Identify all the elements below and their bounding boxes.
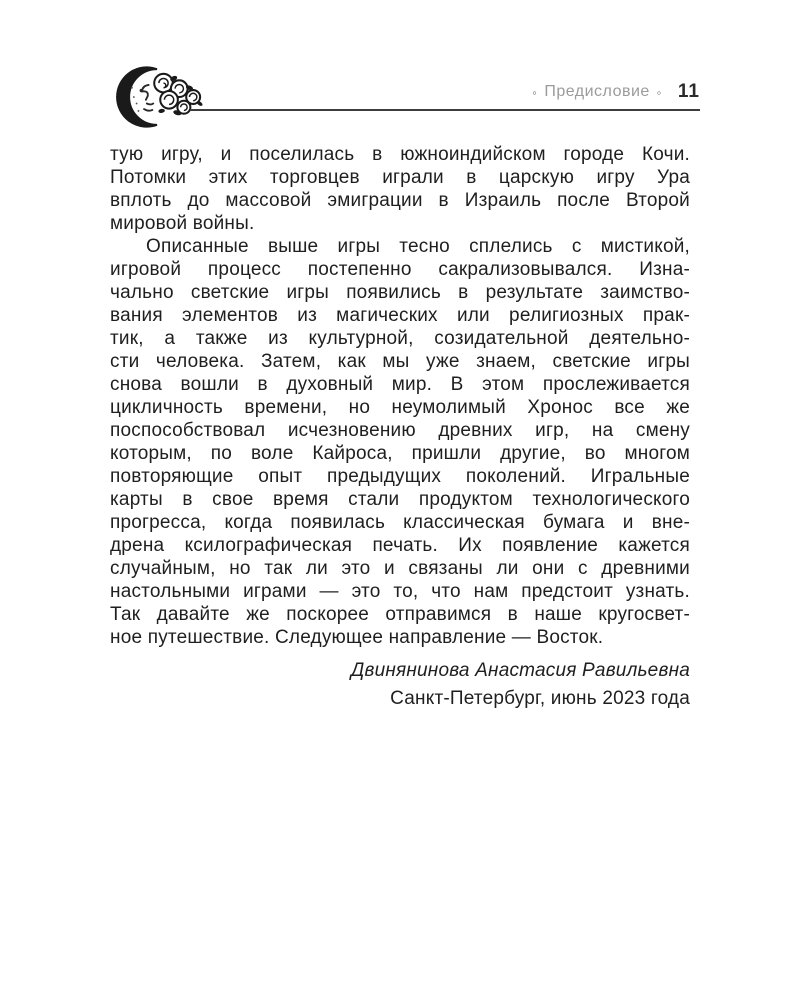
text-line: Так давайте же поскорее отправимся в наш… bbox=[110, 603, 690, 626]
author-name: Двинянинова Анастасия Равильевна bbox=[351, 657, 690, 685]
text-line: вплоть до массовой эмиграции в Израиль п… bbox=[110, 189, 690, 212]
text-line: игровой процесс постепенно сакрализовыва… bbox=[110, 258, 690, 281]
page-number: 11 bbox=[678, 81, 700, 103]
text-line: поспособствовал исчезновению древних игр… bbox=[110, 419, 690, 442]
moon-face-with-roses-ornament-icon bbox=[106, 64, 208, 130]
text-line: карты в свое время стали продуктом техно… bbox=[110, 488, 690, 511]
book-page: ◦ Предисловие ◦ 11 тую игру, и поселилас… bbox=[0, 0, 800, 1000]
section-title: Предисловие bbox=[544, 83, 649, 101]
text-line: случайным, но так ли это и связаны ли он… bbox=[110, 557, 690, 580]
text-line: настольными играми — это то, что нам пре… bbox=[110, 580, 690, 603]
text-line: повторяющие опыт предыдущих поколений. И… bbox=[110, 465, 690, 488]
text-line: вания элементов из магических или религи… bbox=[110, 304, 690, 327]
header-rule bbox=[190, 109, 700, 111]
text-line: которым, по воле Кайроса, пришли другие,… bbox=[110, 442, 690, 465]
body-text: тую игру, и поселилась в южноиндийском г… bbox=[110, 143, 690, 649]
section-marker-left: ◦ bbox=[532, 86, 537, 99]
text-line: снова вошли в духовный мир. В этом просл… bbox=[110, 373, 690, 396]
text-line: цикличность времени, но неумолимый Хроно… bbox=[110, 396, 690, 419]
text-line: чально светские игры появились в результ… bbox=[110, 281, 690, 304]
running-header: ◦ Предисловие ◦ 11 bbox=[532, 81, 700, 103]
text-line: ное путешествие. Следующее направление —… bbox=[110, 626, 690, 649]
text-line: сти человека. Затем, как мы уже знаем, с… bbox=[110, 350, 690, 373]
text-line: тик, а также из культурной, созидательно… bbox=[110, 327, 690, 350]
text-line: тую игру, и поселилась в южноиндийском г… bbox=[110, 143, 690, 166]
text-line: прогресса, когда появилась классическая … bbox=[110, 511, 690, 534]
section-title-wrap: ◦ Предисловие ◦ bbox=[532, 83, 662, 101]
signature-block: Двинянинова Анастасия Равильевна Санкт-П… bbox=[351, 657, 690, 713]
text-line: Описанные выше игры тесно сплелись с мис… bbox=[110, 235, 690, 258]
place-and-date: Санкт-Петербург, июнь 2023 года bbox=[351, 685, 690, 713]
section-marker-right: ◦ bbox=[657, 86, 662, 99]
text-line: Потомки этих торговцев играли в царскую … bbox=[110, 166, 690, 189]
text-line: дрена ксилографическая печать. Их появле… bbox=[110, 534, 690, 557]
text-line: мировой войны. bbox=[110, 212, 690, 235]
